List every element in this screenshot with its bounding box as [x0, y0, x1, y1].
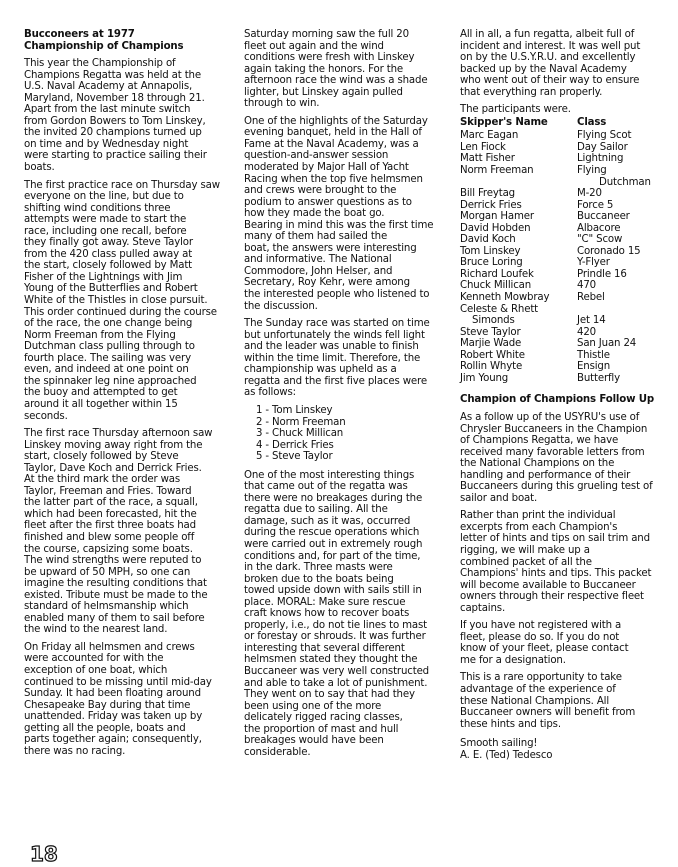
text-line: question-and-answer session [244, 150, 456, 162]
text-line: were starting to practice sailing their [24, 150, 234, 162]
header-class: Class [577, 117, 651, 131]
text-line: unattended. Friday was taken up by [24, 711, 234, 723]
text-line: Buccaneers during this grueling test of [460, 481, 672, 493]
text-line: the latter part of the race, a squall, [24, 497, 234, 509]
text-line: place. MORAL: Make sure rescue [244, 597, 456, 609]
text-line: the National Champions on the [460, 458, 672, 470]
text-line: standard of helmsmanship which [24, 601, 234, 613]
text-line: and the leader was unable to finish [244, 341, 456, 353]
text-line: captains. [460, 603, 672, 615]
participant-row: Marjie WadeSan Juan 24 [460, 338, 651, 350]
text-line: of Champions Regatta, we have [460, 435, 672, 447]
participant-row: Chuck Millican470 [460, 280, 651, 292]
skipper-name-cont: Simonds [460, 315, 577, 327]
text-line: race, including one recall, before [24, 226, 234, 238]
text-line: existed. Tribute must be made to the [24, 590, 234, 602]
text-line: Norm Freeman from the Flying [24, 330, 234, 342]
text-line: The Sunday race was started on time [244, 318, 456, 330]
text-line: At the third mark the order was [24, 474, 234, 486]
text-line: craft knows how to recover boats [244, 608, 456, 620]
text-line: sailor and boat. [460, 493, 672, 505]
title-line-1: Bucconeers at 1977 [24, 29, 234, 41]
participants-table: Skipper's Name Class Marc EaganFlying Sc… [460, 117, 651, 385]
paragraph-friday: On Friday all helmsmen and crewswere acc… [24, 642, 234, 757]
text-line: which had been forecasted, hit the [24, 509, 234, 521]
text-line: during the rescue operations which [244, 527, 456, 539]
boat-class: Ensign [577, 361, 651, 373]
text-line: delicately rigged racing classes, [244, 712, 456, 724]
text-line: interesting that several different [244, 643, 456, 655]
text-line: evening banquet, held in the Hall of [244, 127, 456, 139]
title-line-2: Championship of Champions [24, 41, 234, 53]
text-line: conditions and, for part of the time, [244, 551, 456, 563]
text-line: Sunday. It had been floating around [24, 688, 234, 700]
text-line: Racing when the top five helmsmen [244, 174, 456, 186]
text-line: fleet after the first three boats had [24, 520, 234, 532]
boat-class: Buccaneer [577, 211, 651, 223]
text-line: seconds. [24, 411, 234, 423]
text-line: that everything ran properly. [460, 87, 672, 99]
text-line: of the race, the one change being [24, 318, 234, 330]
text-line: Commodore, John Helser, and [244, 266, 456, 278]
skipper-name: Bill Freytag [460, 188, 577, 200]
text-line: owners through their respective fleet [460, 591, 672, 603]
text-line: Chrysler Buccaneers in the Champion [460, 424, 672, 436]
skipper-name: Jim Young [460, 373, 577, 385]
skipper-name: David Koch [460, 234, 577, 246]
text-line: The first race Thursday afternoon saw [24, 428, 234, 440]
participant-row: Norm FreemanFlyingDutchman [460, 165, 651, 188]
text-line: They went on to say that had they [244, 689, 456, 701]
text-line: regatta due to sailing. All the [244, 504, 456, 516]
skipper-name: Matt Fisher [460, 153, 577, 165]
boat-class: San Juan 24 [577, 338, 651, 350]
text-line: the spinnaker leg nine approached [24, 376, 234, 388]
text-line: Taylor, Dave Koch and Derrick Fries. [24, 463, 234, 475]
text-line: rigging, we will make up a [460, 545, 672, 557]
boat-class-cont: Dutchman [577, 177, 651, 189]
text-line: excerpts from each Champion's [460, 522, 672, 534]
text-line: these National Champions. All [460, 696, 672, 708]
participant-row: Len FiockDay Sailor [460, 142, 651, 154]
text-line: on by the U.S.Y.R.U. and excellently [460, 52, 672, 64]
text-line: as follows: [244, 387, 456, 399]
text-line: Apart from the last minute switch [24, 104, 234, 116]
boat-class: Thistle [577, 350, 651, 362]
text-line: 4 - Derrick Fries [256, 440, 456, 452]
boat-class: Rebel [577, 292, 651, 304]
text-line: on time and by Wednesday night [24, 139, 234, 151]
header-skipper-name: Skipper's Name [460, 117, 577, 131]
text-line: If you have not registered with a [460, 620, 672, 632]
text-line: fourth place. The sailing was very [24, 353, 234, 365]
followup-title: Champion of Champions Follow Up [460, 394, 672, 406]
skipper-name: Marc Eagan [460, 130, 577, 142]
text-line: Bearing in mind this was the first time [244, 220, 456, 232]
text-line: Dutchman class pulling through to [24, 341, 234, 353]
text-line: through to win. [244, 98, 456, 110]
text-line: properly, i.e., do not tie lines to mast [244, 620, 456, 632]
participants-body: Marc EaganFlying ScotLen FiockDay Sailor… [460, 130, 651, 384]
text-line: me for a designation. [460, 655, 672, 667]
text-line: there was no racing. [24, 746, 234, 758]
participant-row: Tom LinskeyCoronado 15 [460, 246, 651, 258]
text-line: Buccaneer was very well constructed [244, 666, 456, 678]
text-line: and able to take a lot of punishment. [244, 678, 456, 690]
skipper-name: Marjie Wade [460, 338, 577, 350]
text-line: 1 - Tom Linskey [256, 405, 456, 417]
text-line: everyone on the line, but due to [24, 191, 234, 203]
skipper-name: David Hobden [460, 223, 577, 235]
boat-class: Force 5 [577, 200, 651, 212]
skipper-name: Norm Freeman [460, 165, 577, 188]
paragraph-thursday-race: The first race Thursday afternoon sawLin… [24, 428, 234, 636]
text-line: Buccaneer owners will benefit from [460, 707, 672, 719]
boat-class: Flying Scot [577, 130, 651, 142]
text-line: breakages would have been [244, 735, 456, 747]
boat-class: Day Sailor [577, 142, 651, 154]
text-line: how they made the boat go. [244, 208, 456, 220]
text-line: received many favorable letters from [460, 447, 672, 459]
text-line: were accounted for with the [24, 653, 234, 665]
signoff: Smooth sailing! [460, 738, 672, 750]
participants-header-row: Skipper's Name Class [460, 117, 651, 131]
paragraph-followup: As a follow up of the USYRU's use ofChry… [460, 412, 672, 504]
text-line: they finally got away. Steve Taylor [24, 237, 234, 249]
text-line: the course, capsizing some boats. [24, 544, 234, 556]
text-line: incident and interest. It was well put [460, 41, 672, 53]
text-line: regatta and the first five places were [244, 376, 456, 388]
participant-row: David Koch"C" Scow [460, 234, 651, 246]
page-number: 18 [30, 842, 58, 866]
text-line: The wind strengths were reputed to [24, 555, 234, 567]
text-line: the interested people who listened to [244, 289, 456, 301]
paragraph-thursday-practice: The first practice race on Thursday sawe… [24, 180, 234, 422]
text-line: All in all, a fun regatta, albeit full o… [460, 29, 672, 41]
text-line: that came out of the regatta was [244, 481, 456, 493]
article-title: Bucconeers at 1977 Championship of Champ… [24, 29, 234, 52]
text-line: Maryland, November 18 through 21. [24, 93, 234, 105]
boat-class: 470 [577, 280, 651, 292]
participant-row: Steve Taylor420 [460, 327, 651, 339]
participant-row: Jim YoungButterfly [460, 373, 651, 385]
text-line: This order continued during the course [24, 307, 234, 319]
text-line: considerable. [244, 747, 456, 759]
text-line: these hints and tips. [460, 719, 672, 731]
text-line: around it all together within 15 [24, 399, 234, 411]
text-line: Fame at the Naval Academy, was a [244, 139, 456, 151]
text-line: getting all the people, boats and [24, 723, 234, 735]
participant-row: Kenneth MowbrayRebel [460, 292, 651, 304]
skipper-name: Chuck Millican [460, 280, 577, 292]
text-line: Rather than print the individual [460, 510, 672, 522]
text-line: will become available to Buccaneer [460, 580, 672, 592]
boat-class: Lightning [577, 153, 651, 165]
text-line: in the dark. Three masts were [244, 562, 456, 574]
text-line: One of the highlights of the Saturday [244, 116, 456, 128]
skipper-name: Robert White [460, 350, 577, 362]
column-3: All in all, a fun regatta, albeit full o… [460, 29, 672, 761]
text-line: the proportion of mast and hull [244, 724, 456, 736]
skipper-name: Celeste & RhettSimonds [460, 304, 577, 327]
column-2: Saturday morning saw the full 20fleet ou… [244, 29, 456, 764]
skipper-name: Bruce Loring [460, 257, 577, 269]
text-line: continued to be missing until mid-day [24, 677, 234, 689]
text-line: enabled many of them to sail before [24, 613, 234, 625]
text-line: but unfortunately the winds fell light [244, 330, 456, 342]
participant-row: Bruce LoringY-Flyer [460, 257, 651, 269]
skipper-name: Tom Linskey [460, 246, 577, 258]
boat-class: Butterfly [577, 373, 651, 385]
text-line: On Friday all helmsmen and crews [24, 642, 234, 654]
final-places-list: 1 - Tom Linskey2 - Norm Freeman3 - Chuck… [244, 405, 456, 463]
skipper-name: Steve Taylor [460, 327, 577, 339]
text-line: Champions' hints and tips. This packet [460, 568, 672, 580]
skipper-name: Kenneth Mowbray [460, 292, 577, 304]
boat-class: FlyingDutchman [577, 165, 651, 188]
participant-row: Rollin WhyteEnsign [460, 361, 651, 373]
text-line: from the 420 class pulled away at [24, 249, 234, 261]
text-line: been using one of the more [244, 701, 456, 713]
text-line: One of the most interesting things [244, 470, 456, 482]
text-line: within the time limit. Therefore, the [244, 353, 456, 365]
text-line: and informative. The National [244, 254, 456, 266]
text-line: there were no breakages during the [244, 493, 456, 505]
paragraph-summary: All in all, a fun regatta, albeit full o… [460, 29, 672, 98]
text-line: imagine the resulting conditions that [24, 578, 234, 590]
text-line: letter of hints and tips on sail trim an… [460, 533, 672, 545]
text-line: towed upside down with sails still in [244, 585, 456, 597]
column-1: Bucconeers at 1977 Championship of Champ… [24, 29, 234, 763]
text-line: 3 - Chuck Millican [256, 428, 456, 440]
text-line: 2 - Norm Freeman [256, 417, 456, 429]
text-line: the start, closely followed by Matt [24, 260, 234, 272]
text-line: U.S. Naval Academy at Annapolis, [24, 81, 234, 93]
paragraph-banquet: One of the highlights of the Saturdayeve… [244, 116, 456, 312]
text-line: As a follow up of the USYRU's use of [460, 412, 672, 424]
text-line: and crews were brought to the [244, 185, 456, 197]
participant-row: Derrick FriesForce 5 [460, 200, 651, 212]
signature: A. E. (Ted) Tedesco [460, 750, 672, 762]
paragraph-intro: This year the Championship ofChampions R… [24, 58, 234, 173]
participant-row: Marc EaganFlying Scot [460, 130, 651, 142]
text-line: Young of the Butterflies and Robert [24, 283, 234, 295]
text-line: boats. [24, 162, 234, 174]
text-line: the discussion. [244, 301, 456, 313]
text-line: Secretary, Roy Kehr, were among [244, 277, 456, 289]
text-line: many of them had sailed the [244, 231, 456, 243]
text-line: damage, such as it was, occurred [244, 516, 456, 528]
paragraph-saturday: Saturday morning saw the full 20fleet ou… [244, 29, 456, 110]
text-line: shifting wind conditions three [24, 203, 234, 215]
participant-row: Celeste & RhettSimonds Jet 14 [460, 304, 651, 327]
participant-row: Morgan HamerBuccaneer [460, 211, 651, 223]
text-line: afternoon race the wind was a shade [244, 75, 456, 87]
text-line: the buoy and attempted to get [24, 387, 234, 399]
text-line: Saturday morning saw the full 20 [244, 29, 456, 41]
paragraph-sunday: The Sunday race was started on timebut u… [244, 318, 456, 399]
text-line: know of your fleet, please contact [460, 643, 672, 655]
text-line: exception of one boat, which [24, 665, 234, 677]
text-line: the invited 20 champions turned up [24, 127, 234, 139]
text-line: conditions were fresh with Linskey [244, 52, 456, 64]
text-line: boat, the answers were interesting [244, 243, 456, 255]
skipper-name: Derrick Fries [460, 200, 577, 212]
text-line: even, and indeed at one point on [24, 364, 234, 376]
participant-row: Bill FreytagM-20 [460, 188, 651, 200]
text-line: handling and performance of their [460, 470, 672, 482]
boat-class: Albacore [577, 223, 651, 235]
boat-class: Coronado 15 [577, 246, 651, 258]
text-line: be upward of 50 MPH, so one can [24, 567, 234, 579]
text-line: backed up by the Naval Academy [460, 64, 672, 76]
paragraph-packet: Rather than print the individualexcerpts… [460, 510, 672, 614]
participant-row: Robert WhiteThistle [460, 350, 651, 362]
text-line: finished and blew some people off [24, 532, 234, 544]
boat-class: 420 [577, 327, 651, 339]
text-line: Champions Regatta was held at the [24, 70, 234, 82]
text-line: fleet, please do so. If you do not [460, 632, 672, 644]
text-line: fleet out again and the wind [244, 41, 456, 53]
text-line: Chesapeake Bay during that time [24, 700, 234, 712]
participant-row: Richard LoufekPrindle 16 [460, 269, 651, 281]
text-line: Fisher of the Lightnings with Jim [24, 272, 234, 284]
text-line: parts together again; consequently, [24, 734, 234, 746]
boat-class: "C" Scow [577, 234, 651, 246]
text-line: the wind to the nearest land. [24, 624, 234, 636]
paragraph-opportunity: This is a rare opportunity to takeadvant… [460, 672, 672, 730]
text-line: Linskey moving away right from the [24, 440, 234, 452]
boat-class: M-20 [577, 188, 651, 200]
text-line: who went out of their way to ensure [460, 75, 672, 87]
text-line: podium to answer questions as to [244, 197, 456, 209]
participant-row: David HobdenAlbacore [460, 223, 651, 235]
text-line: 5 - Steve Taylor [256, 451, 456, 463]
text-line: This is a rare opportunity to take [460, 672, 672, 684]
text-line: helmsmen stated they thought the [244, 654, 456, 666]
text-line: moderated by Major Hall of Yacht [244, 162, 456, 174]
skipper-name: Morgan Hamer [460, 211, 577, 223]
boat-class: Prindle 16 [577, 269, 651, 281]
text-line: combined packet of all the [460, 557, 672, 569]
text-line: The first practice race on Thursday saw [24, 180, 234, 192]
paragraph-register-fleet: If you have not registered with afleet, … [460, 620, 672, 666]
text-line: attempts were made to start the [24, 214, 234, 226]
text-line: White of the Thistles in close pursuit. [24, 295, 234, 307]
text-line: advantage of the experience of [460, 684, 672, 696]
text-line: broken due to the boats being [244, 574, 456, 586]
participants-intro: The participants were. [460, 104, 672, 116]
text-line: again taking the honors. For the [244, 64, 456, 76]
text-line: start, closely followed by Steve [24, 451, 234, 463]
boat-class: Jet 14 [577, 304, 651, 327]
text-line: This year the Championship of [24, 58, 234, 70]
paragraph-breakages: One of the most interesting thingsthat c… [244, 470, 456, 759]
text-line: from Gordon Bowers to Tom Linskey, [24, 116, 234, 128]
skipper-name: Richard Loufek [460, 269, 577, 281]
text-line: championship was upheld as a [244, 364, 456, 376]
participant-row: Matt FisherLightning [460, 153, 651, 165]
text-line: lighter, but Linskey again pulled [244, 87, 456, 99]
text-line: Taylor, Freeman and Fries. Toward [24, 486, 234, 498]
text-line: or forestay or shrouds. It was further [244, 631, 456, 643]
boat-class: Y-Flyer [577, 257, 651, 269]
skipper-name: Len Fiock [460, 142, 577, 154]
text-line: were carried out in extremely rough [244, 539, 456, 551]
skipper-name: Rollin Whyte [460, 361, 577, 373]
